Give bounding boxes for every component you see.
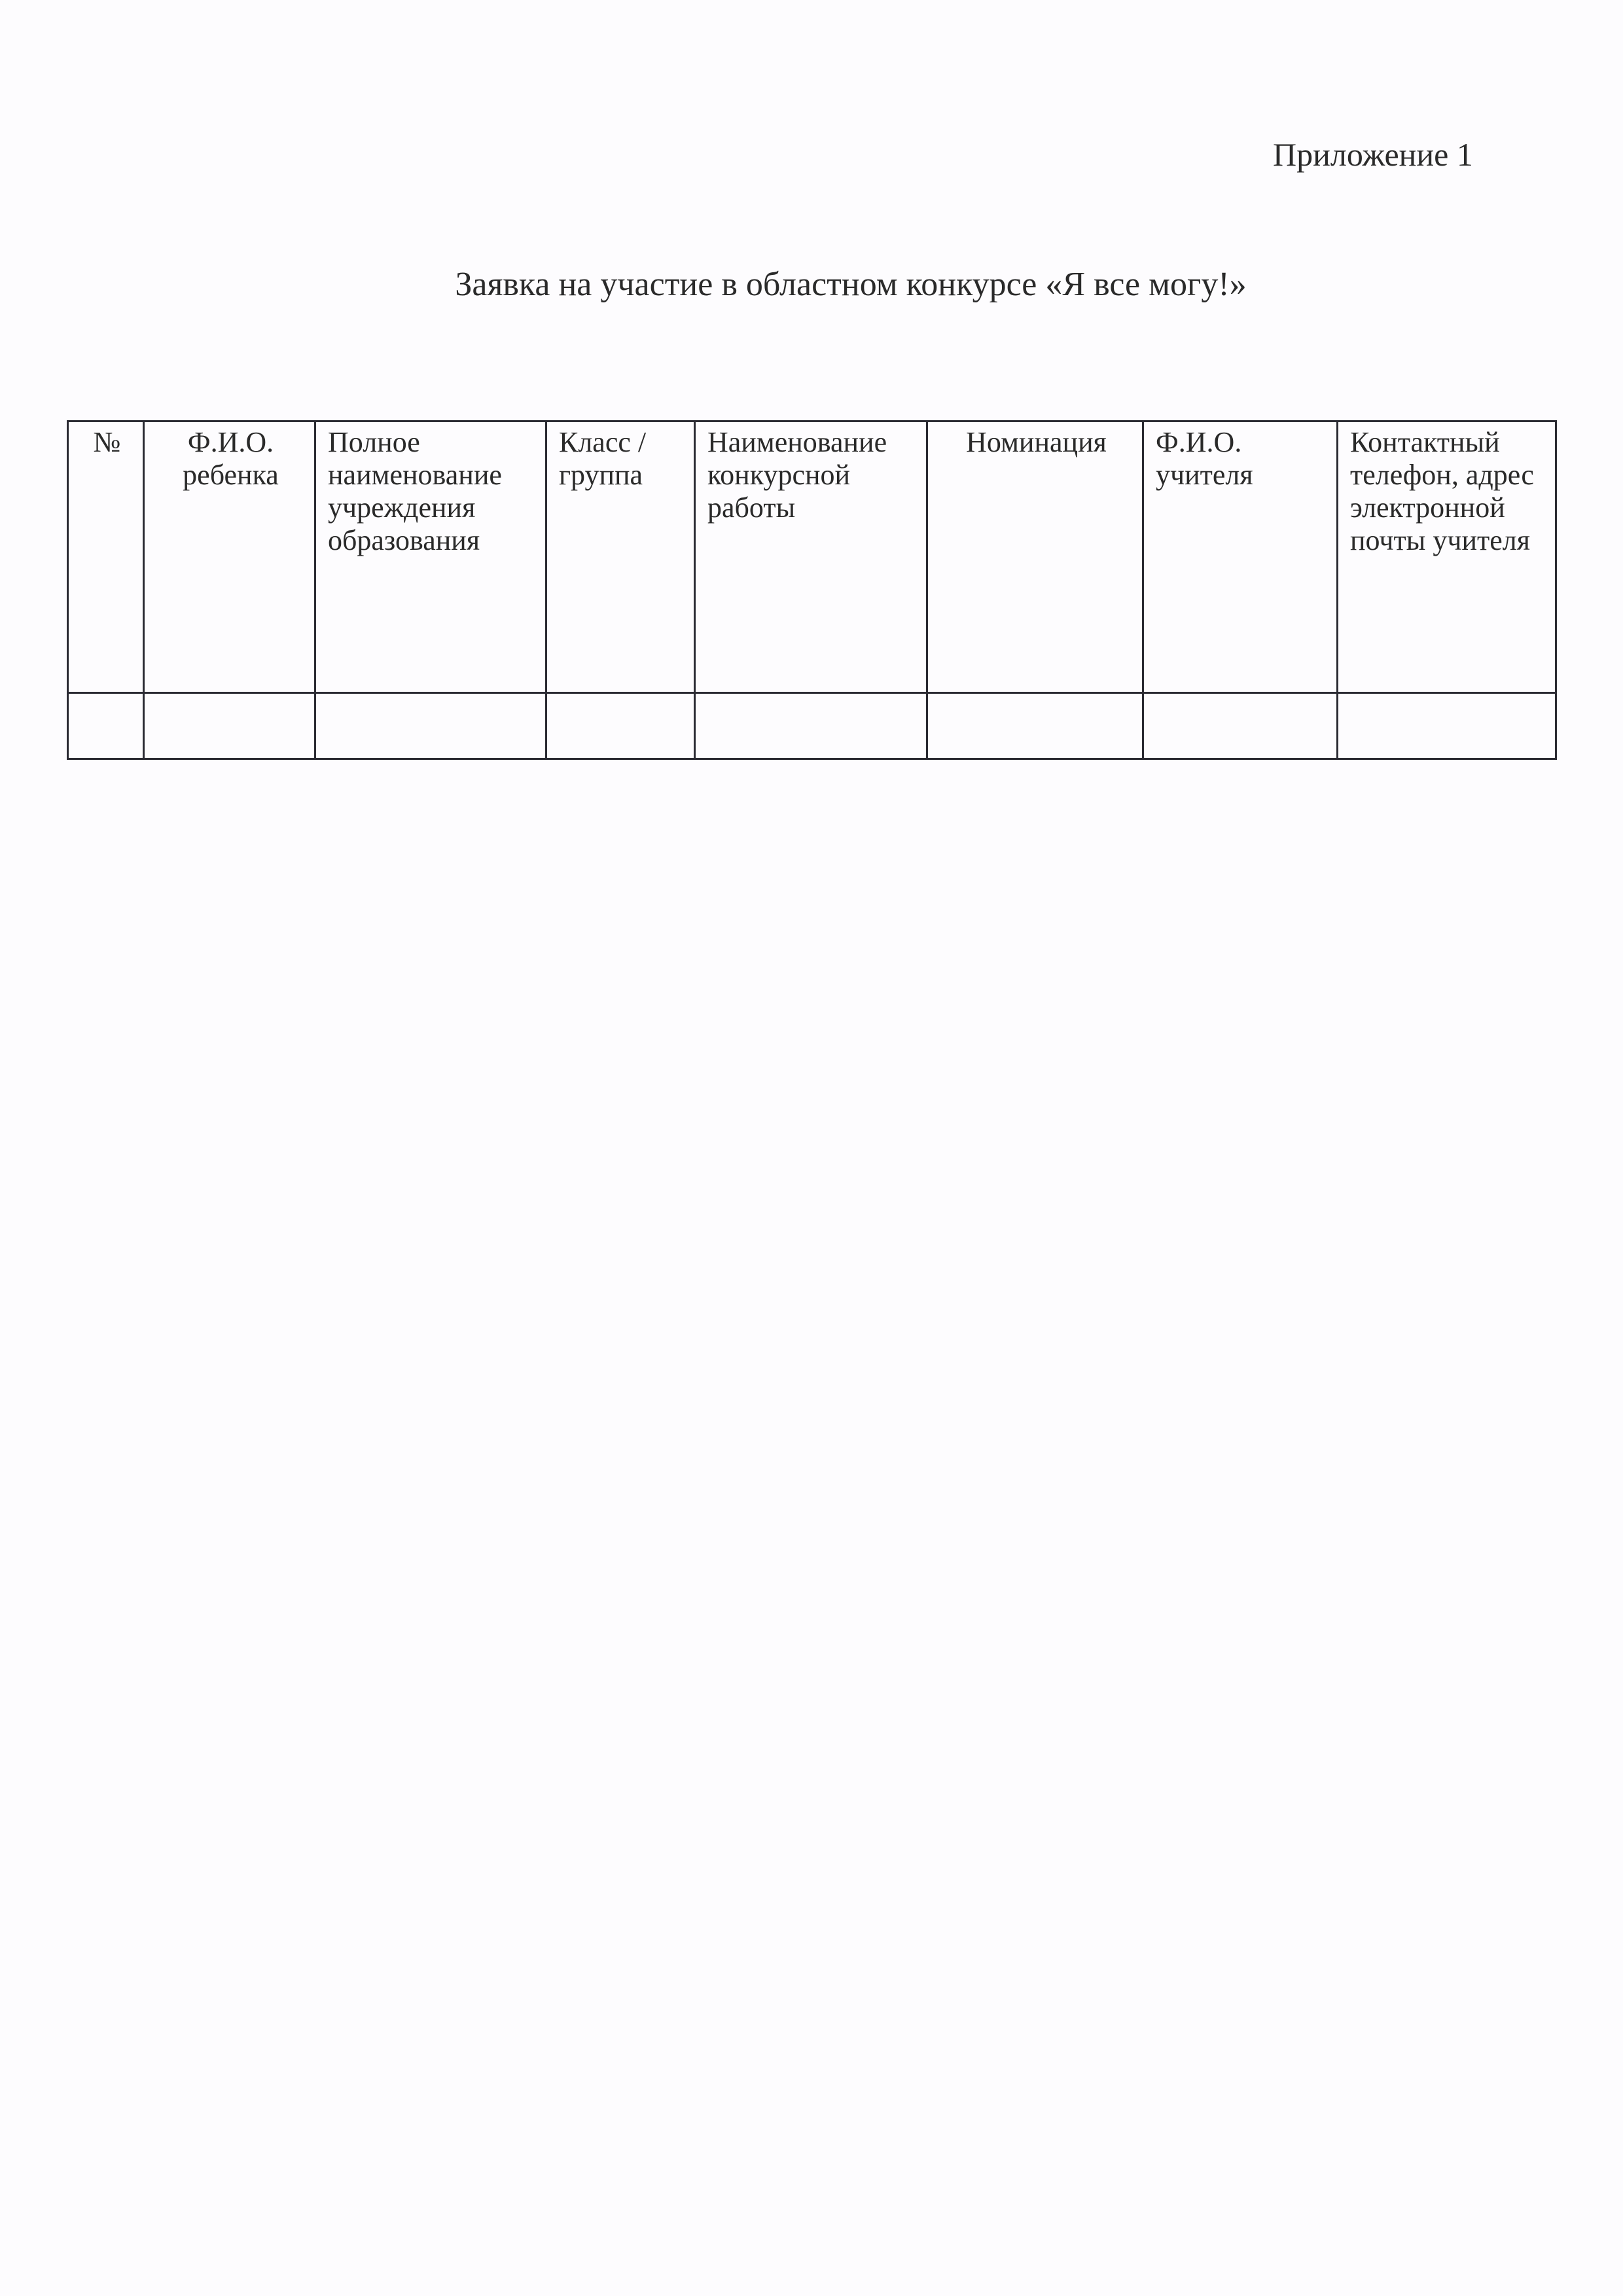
cell-teacher-name[interactable] bbox=[1143, 693, 1338, 759]
cell-institution[interactable] bbox=[315, 693, 546, 759]
cell-number[interactable] bbox=[68, 693, 144, 759]
cell-child-name[interactable] bbox=[144, 693, 315, 759]
application-table: № Ф.И.О. ребенка Полное наименование учр… bbox=[67, 420, 1557, 760]
col-contact-header: Контактный телефон, адрес электронной по… bbox=[1338, 422, 1556, 693]
col-child-name-header: Ф.И.О. ребенка bbox=[144, 422, 315, 693]
appendix-label: Приложение 1 bbox=[1273, 135, 1473, 174]
col-teacher-name-header: Ф.И.О. учителя bbox=[1143, 422, 1338, 693]
col-number-header: № bbox=[68, 422, 144, 693]
cell-work-title[interactable] bbox=[695, 693, 927, 759]
cell-nomination[interactable] bbox=[927, 693, 1143, 759]
cell-contact[interactable] bbox=[1338, 693, 1556, 759]
col-institution-header: Полное наименование учреждения образован… bbox=[315, 422, 546, 693]
cell-class[interactable] bbox=[546, 693, 695, 759]
table-row bbox=[68, 693, 1556, 759]
col-class-header: Класс /группа bbox=[546, 422, 695, 693]
col-nomination-header: Номинация bbox=[927, 422, 1143, 693]
col-work-title-header: Наименование конкурсной работы bbox=[695, 422, 927, 693]
document-title: Заявка на участие в областном конкурсе «… bbox=[0, 262, 1623, 308]
table-header-row: № Ф.И.О. ребенка Полное наименование учр… bbox=[68, 422, 1556, 693]
